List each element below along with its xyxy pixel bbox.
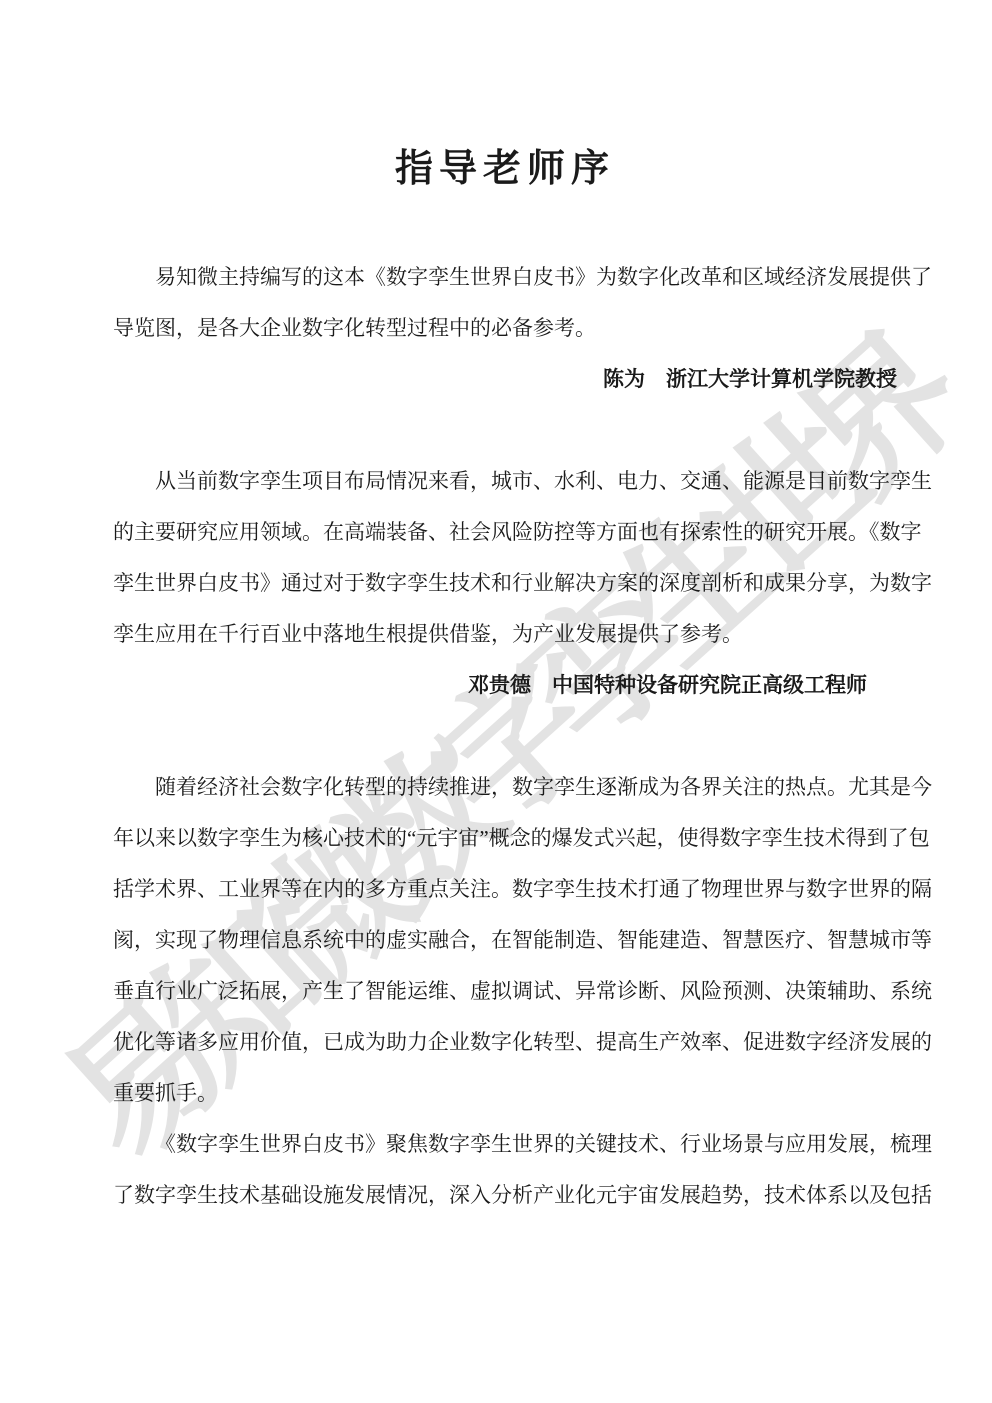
paragraph-3: 随着经济社会数字化转型的持续推进，数字孪生逐渐成为各界关注的热点。尤其是今 年以… bbox=[113, 762, 897, 1119]
signature-deng-guide: 邓贵德 中国特种设备研究院正高级工程师 bbox=[113, 660, 897, 711]
paragraph-2: 从当前数字孪生项目布局情况来看，城市、水利、电力、交通、能源是目前数字孪生 的主… bbox=[113, 456, 897, 660]
page-content: 指导老师序 易知微主持编写的这本《数字孪生世界白皮书》为数字化改革和区域经济发展… bbox=[113, 0, 897, 1221]
paragraph-line: 年以来以数字孪生为核心技术的“元宇宙”概念的爆发式兴起，使得数字孪生技术得到了包 bbox=[113, 813, 897, 864]
paragraph-line: 重要抓手。 bbox=[113, 1068, 897, 1119]
paragraph-line: 了数字孪生技术基础设施发展情况，深入分析产业化元宇宙发展趋势，技术体系以及包括 bbox=[113, 1170, 897, 1221]
paragraph-line: 优化等诸多应用价值，已成为助力企业数字化转型、提高生产效率、促进数字经济发展的 bbox=[113, 1017, 897, 1068]
paragraph-4: 《数字孪生世界白皮书》聚焦数字孪生世界的关键技术、行业场景与应用发展，梳理 了数… bbox=[113, 1119, 897, 1221]
paragraph-line: 垂直行业广泛拓展，产生了智能运维、虚拟调试、异常诊断、风险预测、决策辅助、系统 bbox=[113, 966, 897, 1017]
paragraph-line: 《数字孪生世界白皮书》聚焦数字孪生世界的关键技术、行业场景与应用发展，梳理 bbox=[113, 1119, 897, 1170]
document-page: 易知微数字孪生世界 指导老师序 易知微主持编写的这本《数字孪生世界白皮书》为数字… bbox=[0, 0, 992, 1403]
paragraph-line: 从当前数字孪生项目布局情况来看，城市、水利、电力、交通、能源是目前数字孪生 bbox=[113, 456, 897, 507]
paragraph-line: 随着经济社会数字化转型的持续推进，数字孪生逐渐成为各界关注的热点。尤其是今 bbox=[113, 762, 897, 813]
paragraph-line: 孪生世界白皮书》通过对于数字孪生技术和行业解决方案的深度剖析和成果分享，为数字 bbox=[113, 558, 897, 609]
paragraph-line: 括学术界、工业界等在内的多方重点关注。数字孪生技术打通了物理世界与数字世界的隔 bbox=[113, 864, 897, 915]
page-title: 指导老师序 bbox=[113, 0, 897, 198]
paragraph-line: 阂，实现了物理信息系统中的虚实融合，在智能制造、智能建造、智慧医疗、智慧城市等 bbox=[113, 915, 897, 966]
paragraph-line: 的主要研究应用领域。在高端装备、社会风险防控等方面也有探索性的研究开展。《数字 bbox=[113, 507, 897, 558]
paragraph-line: 易知微主持编写的这本《数字孪生世界白皮书》为数字化改革和区域经济发展提供了 bbox=[113, 252, 897, 303]
paragraph-1: 易知微主持编写的这本《数字孪生世界白皮书》为数字化改革和区域经济发展提供了 导览… bbox=[113, 252, 897, 354]
paragraph-line: 孪生应用在千行百业中落地生根提供借鉴，为产业发展提供了参考。 bbox=[113, 609, 897, 660]
paragraph-line: 导览图，是各大企业数字化转型过程中的必备参考。 bbox=[113, 303, 897, 354]
signature-chen-wei: 陈为 浙江大学计算机学院教授 bbox=[113, 354, 897, 405]
